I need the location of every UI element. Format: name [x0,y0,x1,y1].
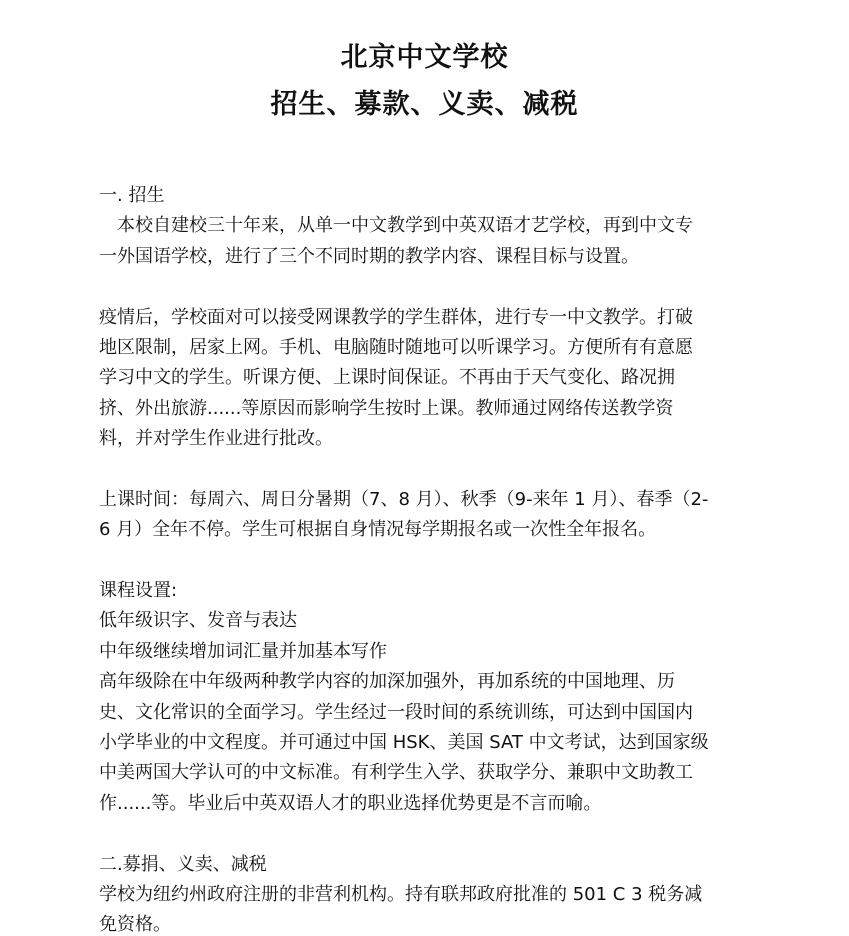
curriculum-middle-grade: 中年级继续增加词汇量并加基本写作 [99,637,759,667]
curriculum-upper-grade: 高年级除在中年级两种教学内容的加深加强外，再加系统的中国地理、历 [99,667,759,697]
paragraph-spacer [99,546,759,576]
paragraph-line: 学校为纽约州政府注册的非营利机构。持有联邦政府批准的 501 C 3 税务减 [99,880,759,910]
section-heading-fundraising: 二.募捐、义卖、减税 [99,850,759,880]
paragraph-line: 一外国语学校，进行了三个不同时期的教学内容、课程目标与设置。 [99,242,759,272]
section-heading-enrollment: 一. 招生 [99,181,759,211]
curriculum-lower-grade: 低年级识字、发音与表达 [99,606,759,636]
curriculum-heading: 课程设置: [99,576,759,606]
curriculum-upper-grade: 中美两国大学认可的中文标准。有利学生入学、获取学分、兼职中文助教工 [99,758,759,788]
class-schedule-line: 6 月）全年不停。学生可根据自身情况每学期报名或一次性全年报名。 [99,515,759,545]
document-title: 北京中文学校 [0,35,849,74]
paragraph-spacer [99,819,759,849]
paragraph-line: 地区限制，居家上网。手机、电脑随时随地可以听课学习。方便所有有意愿 [99,333,759,363]
curriculum-upper-grade: 小学毕业的中文程度。并可通过中国 HSK、美国 SAT 中文考试，达到国家级 [99,728,759,758]
paragraph-spacer [99,272,759,302]
paragraph-line: 学习中文的学生。听课方便、上课时间保证。不再由于天气变化、路况拥 [99,363,759,393]
paragraph-line: 疫情后，学校面对可以接受网课教学的学生群体，进行专一中文教学。打破 [99,303,759,333]
curriculum-upper-grade: 作......等。毕业后中英双语人才的职业选择优势更是不言而喻。 [99,789,759,819]
paragraph-line: 本校自建校三十年来，从单一中文教学到中英双语才艺学校，再到中文专 [99,211,759,241]
class-schedule-line: 上课时间：每周六、周日分暑期（7、8 月）、秋季（9-来年 1 月）、春季（2- [99,485,759,515]
document-body: 一. 招生 本校自建校三十年来，从单一中文教学到中英双语才艺学校，再到中文专 一… [99,181,759,936]
document-subtitle: 招生、募款、义卖、减税 [0,82,849,121]
curriculum-upper-grade: 史、文化常识的全面学习。学生经过一段时间的系统训练，可达到中国国内 [99,698,759,728]
paragraph-line: 免资格。 [99,910,759,936]
paragraph-line: 挤、外出旅游......等原因而影响学生按时上课。教师通过网络传送教学资 [99,394,759,424]
paragraph-line: 料，并对学生作业进行批改。 [99,424,759,454]
paragraph-spacer [99,455,759,485]
